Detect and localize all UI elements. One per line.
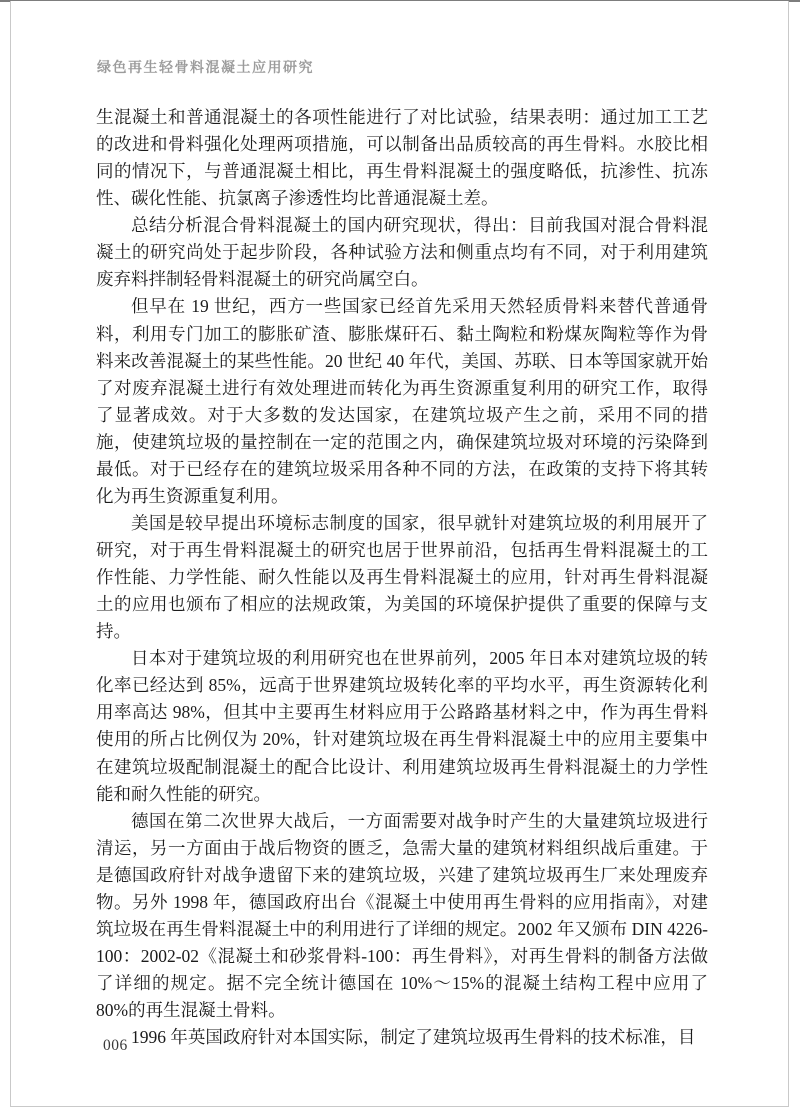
body-text-block: 生混凝土和普通混凝土的各项性能进行了对比试验，结果表明：通过加工工艺的改进和骨料… [96,104,708,1051]
body-paragraph: 美国是较早提出环境标志制度的国家，很早就针对建筑垃圾的利用展开了研究，对于再生骨… [96,510,708,645]
body-paragraph: 生混凝土和普通混凝土的各项性能进行了对比试验，结果表明：通过加工工艺的改进和骨料… [96,104,708,212]
body-paragraph: 总结分析混合骨料混凝土的国内研究现状，得出：目前我国对混合骨料混凝土的研究尚处于… [96,212,708,293]
body-paragraph: 日本对于建筑垃圾的利用研究也在世界前列，2005 年日本对建筑垃圾的转化率已经达… [96,645,708,807]
running-header: 绿色再生轻骨料混凝土应用研究 [97,58,709,76]
document-page: 绿色再生轻骨料混凝土应用研究 生混凝土和普通混凝土的各项性能进行了对比试验，结果… [0,0,800,1118]
body-paragraph: 德国在第二次世界大战后，一方面需要对战争时产生的大量建筑垃圾进行清运，另一方面由… [96,808,708,1025]
body-paragraph: 1996 年英国政府针对本国实际，制定了建筑垃圾再生骨料的技术标准，目 [96,1024,708,1051]
body-paragraph: 但早在 19 世纪，西方一些国家已经首先采用天然轻质骨料来替代普通骨料，利用专门… [96,293,708,510]
page-number: 006 [103,1037,128,1055]
